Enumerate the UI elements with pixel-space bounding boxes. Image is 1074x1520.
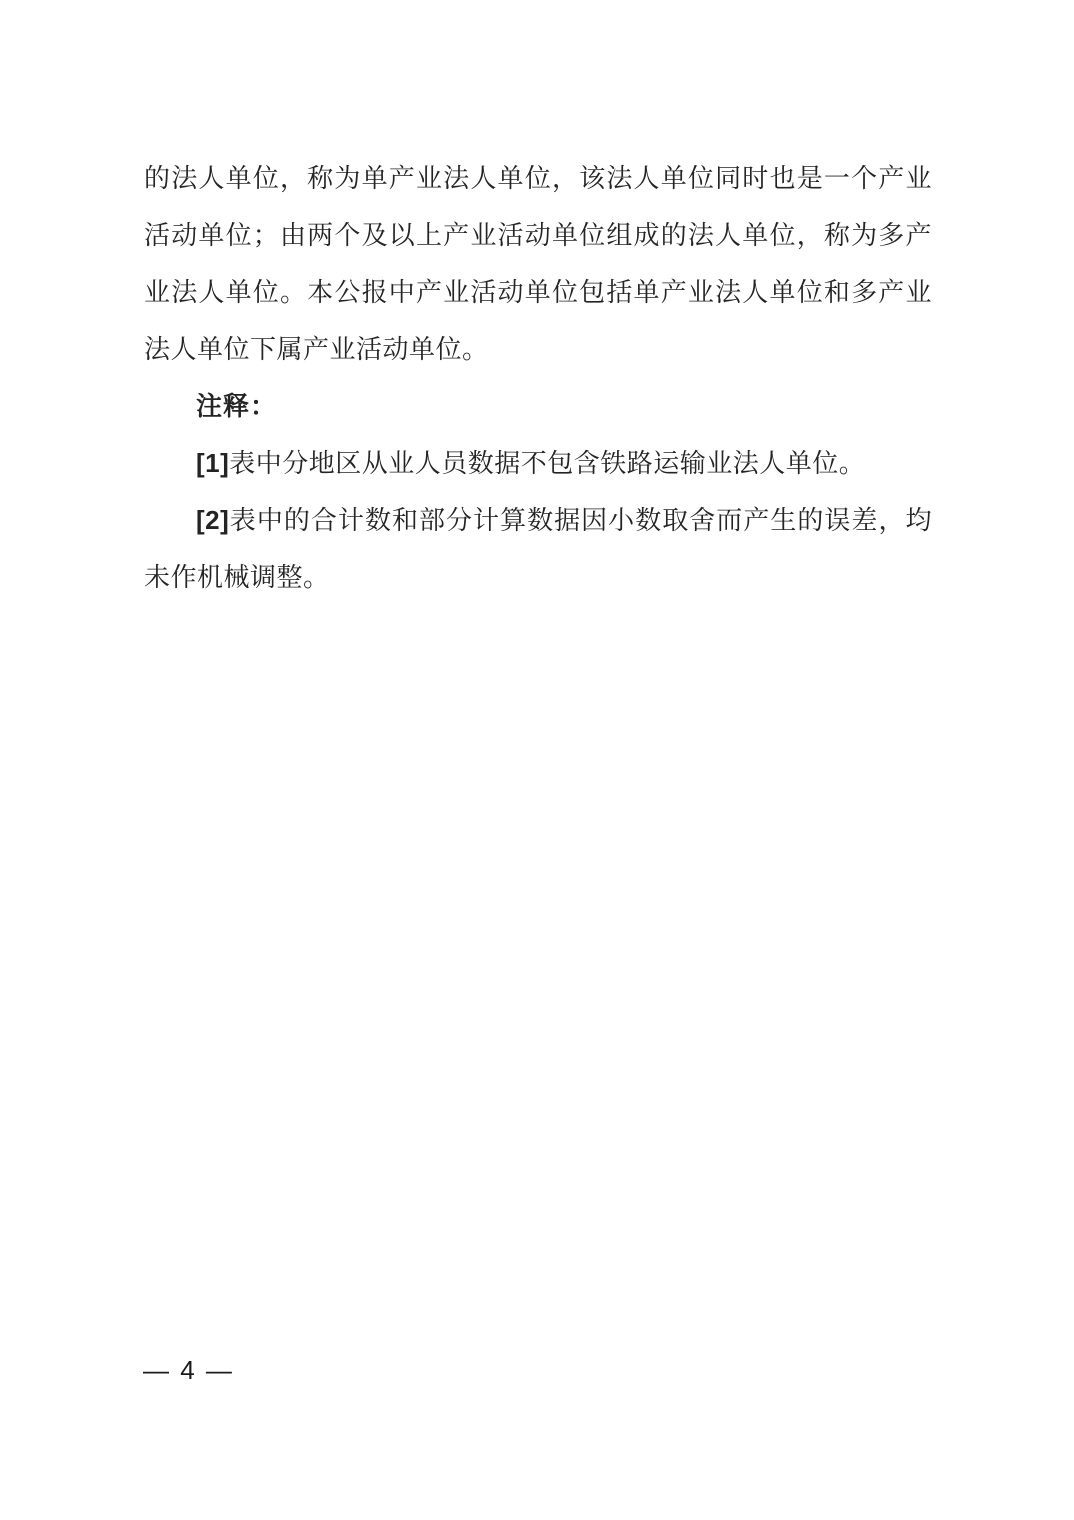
- note-text-2: 表中的合计数和部分计算数据因小数取舍而产生的误差，均未作机械调整。: [144, 506, 932, 592]
- page-number-footer: — 4 —: [143, 1350, 234, 1390]
- note-marker-2: [2]: [196, 505, 229, 535]
- note-item-1: [1]表中分地区从业人员数据不包含铁路运输业法人单位。: [144, 435, 932, 492]
- document-body: 的法人单位，称为单产业法人单位，该法人单位同时也是一个产业活动单位；由两个及以上…: [144, 150, 932, 606]
- note-text-1: 表中分地区从业人员数据不包含铁路运输业法人单位。: [229, 449, 865, 478]
- document-page: 的法人单位，称为单产业法人单位，该法人单位同时也是一个产业活动单位；由两个及以上…: [0, 0, 1074, 1520]
- note-marker-1: [1]: [196, 448, 229, 478]
- paragraph-continuation: 的法人单位，称为单产业法人单位，该法人单位同时也是一个产业活动单位；由两个及以上…: [144, 150, 932, 378]
- note-item-2: [2]表中的合计数和部分计算数据因小数取舍而产生的误差，均未作机械调整。: [144, 492, 932, 606]
- notes-heading: 注释：: [144, 378, 932, 435]
